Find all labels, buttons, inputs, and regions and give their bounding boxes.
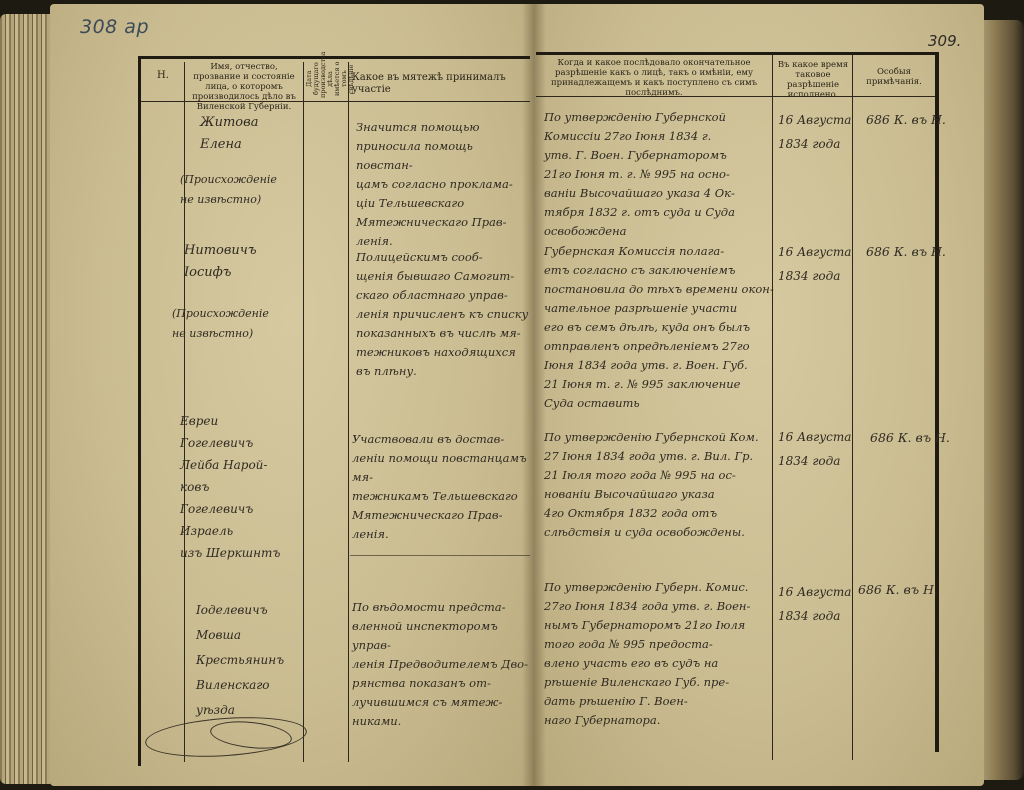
row2-participation: Полицейскимъ сооб- щенія бывшаго Самогит… xyxy=(356,248,531,381)
ledger-book: 308 ap 309. Н. Имя, отчество, прозвание … xyxy=(0,0,1024,790)
row4-name: Іоделевичъ Мовша Крестьянинъ Виленскаго … xyxy=(196,598,306,723)
folio-number-left: 308 ap xyxy=(80,16,149,38)
header-participation: Какое въ мятежѣ принималъ участіе xyxy=(352,72,532,96)
header-name: Имя, отчество, прозвание и состояніе лиц… xyxy=(186,62,302,112)
row4-resolution: По утвержденію Губерн. Комис. 27го Іюня … xyxy=(544,578,774,730)
row2-executed: 16 Августа 1834 года xyxy=(778,240,854,288)
header-top-rule-right xyxy=(536,52,936,55)
header-top-rule-left xyxy=(140,56,530,59)
header-number: Н. xyxy=(142,70,184,82)
col-rule-participation xyxy=(348,62,349,762)
row2-remarks: 686 К. въ Н. xyxy=(866,242,1016,261)
row2-name: Нитовичъ Іосифъ xyxy=(184,240,294,284)
left-outer-rule xyxy=(138,56,141,766)
col-rule-remarks xyxy=(852,55,853,760)
header-remarks: Особыя примѣчанія. xyxy=(854,67,934,87)
header-archive-date: Дата будущаго производства дѣла имѣется … xyxy=(306,60,346,98)
row1-resolution: По утвержденію Губернской Комиссіи 27го … xyxy=(544,108,774,241)
row3-participation: Участвовали въ достав- леніи помощи повс… xyxy=(352,430,530,544)
row1-status: (Происхожденіе не извѣстно) xyxy=(180,170,302,210)
row1-remarks: 686 К. въ Н. xyxy=(866,110,1016,129)
row3-executed: 16 Августа 1834 года xyxy=(778,425,854,473)
row1-name: Житова Елена xyxy=(200,112,300,156)
row3-remarks: 686 К. въ Н. xyxy=(870,428,1020,447)
row3-resolution: По утвержденію Губернской Ком. 27 Іюня 1… xyxy=(544,428,774,542)
header-resolution: Когда и какое послѣдовало окончательное … xyxy=(538,58,770,98)
row4-executed: 16 Августа 1834 года xyxy=(778,580,854,628)
row3-name: Евреи Гогелевичъ Лейба Нарой- ковъ Гогел… xyxy=(180,410,300,564)
right-outer-rule xyxy=(935,52,939,752)
row2-resolution: Губернская Комиссія полага- етъ согласно… xyxy=(544,242,774,413)
row1-participation: Значится помощью приносила помощь повста… xyxy=(356,118,531,251)
row4-participation: По вѣдомости предста- вленной инспекторо… xyxy=(352,598,530,731)
header-executed: Въ какое время таковое разрѣшеніе исполн… xyxy=(774,60,852,100)
row2-status: (Происхожденіе не извѣстно) xyxy=(172,304,302,344)
row-divider xyxy=(350,555,530,556)
folio-number-right: 309. xyxy=(928,32,961,50)
row4-remarks: 686 К. въ Н. xyxy=(858,580,1008,599)
row1-executed: 16 Августа 1834 года xyxy=(778,108,854,156)
